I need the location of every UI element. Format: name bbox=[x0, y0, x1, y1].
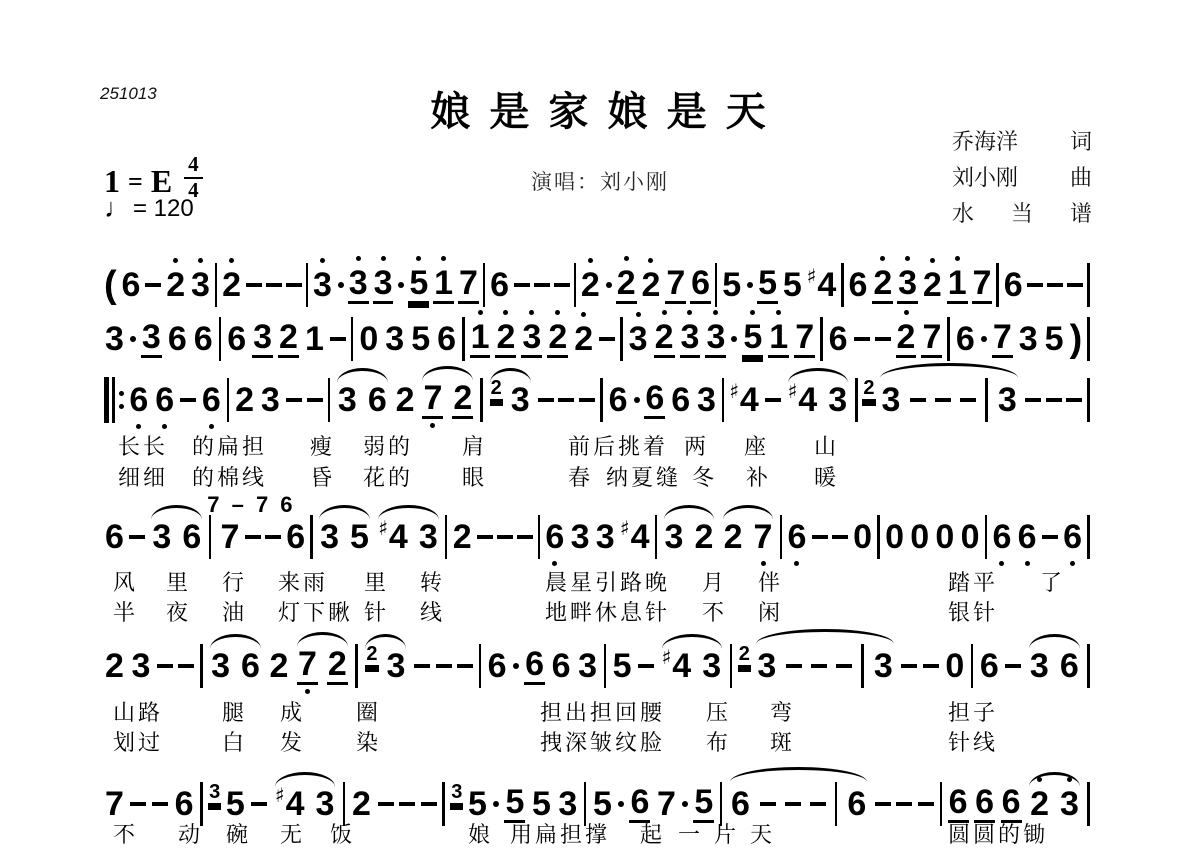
notation-line-3: 6662336272236663♯4♯43233 bbox=[104, 377, 1090, 423]
note-digit: 2 bbox=[278, 320, 299, 358]
note: 7 bbox=[665, 266, 686, 304]
note-digit: 2 bbox=[573, 322, 594, 356]
note: 5 bbox=[467, 787, 499, 821]
octave-dot-above bbox=[776, 310, 781, 315]
note-digit: 6 bbox=[1062, 520, 1083, 554]
note: 5 bbox=[592, 787, 624, 821]
note: 2 bbox=[327, 647, 348, 685]
note-digit: 2 bbox=[641, 268, 662, 302]
note: 6 bbox=[730, 787, 751, 821]
note: 3 bbox=[680, 320, 701, 358]
note: 3 bbox=[1029, 649, 1050, 683]
note: 6 bbox=[828, 322, 849, 356]
note: 2 bbox=[641, 268, 662, 302]
lyric: 座 bbox=[744, 430, 769, 461]
note: 3 bbox=[373, 266, 405, 304]
duration-dash bbox=[875, 802, 891, 806]
augmentation-dot bbox=[618, 801, 624, 807]
note-digit: 2 bbox=[580, 268, 601, 302]
note-digit: 6 bbox=[544, 520, 565, 554]
lyric: 线 bbox=[420, 596, 445, 627]
note: 2 bbox=[104, 649, 125, 683]
note-digit: 6 bbox=[104, 520, 125, 554]
duration-dash bbox=[178, 664, 194, 668]
duration-dash bbox=[810, 802, 826, 806]
barline bbox=[328, 378, 331, 422]
note: 2 bbox=[922, 268, 943, 302]
quarter-note-icon: ♩ bbox=[104, 193, 131, 224]
octave-dot-above bbox=[229, 258, 234, 263]
note: 3 bbox=[315, 787, 336, 821]
note-digit: 6 bbox=[174, 787, 195, 821]
note-digit: 2 bbox=[495, 320, 516, 358]
octave-dot-above bbox=[687, 310, 692, 315]
duration-dash bbox=[786, 664, 802, 668]
note-digit: 6 bbox=[848, 268, 869, 302]
lyric: 天 bbox=[750, 818, 775, 849]
note: 7 bbox=[992, 320, 1013, 358]
note-digit: 5 bbox=[531, 787, 552, 821]
note: 2 bbox=[268, 649, 289, 683]
note-digit: 2 bbox=[922, 268, 943, 302]
note-digit: 2 bbox=[490, 378, 503, 402]
note-digit: 2 bbox=[327, 647, 348, 685]
octave-dot-above bbox=[904, 310, 909, 315]
lyric: 灯下瞅 bbox=[278, 596, 353, 627]
score-page: 251013 娘 是 家 娘 是 天 演唱：刘小刚 乔海洋词刘小刚曲水当谱 1 … bbox=[0, 0, 1200, 850]
lyric: 细细 bbox=[118, 461, 168, 492]
barline bbox=[445, 515, 448, 559]
note: 6 bbox=[1003, 268, 1024, 302]
barline bbox=[1087, 263, 1090, 307]
lyric: 暖 bbox=[814, 461, 839, 492]
octave-dot-above bbox=[320, 258, 325, 263]
lyric: 花的 bbox=[363, 461, 413, 492]
lyric: 闲 bbox=[758, 596, 783, 627]
note: 3 bbox=[510, 383, 531, 417]
note: 3 bbox=[705, 320, 737, 358]
key-signature: 1 = E 4 4 bbox=[104, 150, 203, 197]
note-digit: 7 bbox=[972, 266, 993, 304]
duration-dash bbox=[265, 535, 281, 539]
note-digit: 3 bbox=[595, 520, 616, 554]
duration-dash bbox=[251, 802, 267, 806]
note-digit: 5 bbox=[408, 266, 429, 304]
lyric: 山路 bbox=[113, 696, 163, 727]
note: 2 bbox=[580, 268, 612, 302]
note: 2 bbox=[490, 378, 503, 402]
note: 3 bbox=[997, 383, 1018, 417]
note-digit: 6 bbox=[524, 647, 545, 685]
duration-dash bbox=[901, 664, 917, 668]
duration-dash bbox=[414, 664, 430, 668]
note: 3 bbox=[130, 649, 151, 683]
note: 5 bbox=[225, 787, 246, 821]
note: 7 bbox=[921, 320, 942, 358]
note-digit: 6 bbox=[1003, 268, 1024, 302]
duration-dash bbox=[534, 283, 550, 287]
barline bbox=[780, 515, 783, 559]
note: 2 bbox=[452, 381, 473, 419]
note: 6 bbox=[1017, 520, 1038, 554]
slur-arc: 23 bbox=[1027, 787, 1082, 821]
note-digit: 3 bbox=[756, 649, 777, 683]
octave-dot-above bbox=[416, 256, 421, 261]
octave-dot-above bbox=[1037, 777, 1042, 782]
notation-line-1: (6232333517622276555♯46232176 bbox=[104, 262, 1090, 308]
credit-text: 曲 bbox=[1070, 160, 1092, 196]
note-digit: 3 bbox=[348, 266, 369, 304]
lyric: 眼 bbox=[462, 461, 487, 492]
note-digit: 4 bbox=[739, 383, 760, 417]
note-digit: 7 bbox=[921, 320, 942, 358]
duration-dash bbox=[330, 337, 346, 341]
note: 3 bbox=[570, 520, 591, 554]
note: 3 bbox=[557, 787, 578, 821]
lyric: 片 bbox=[714, 818, 739, 849]
note: 3 bbox=[208, 782, 221, 806]
note-digit: 2 bbox=[616, 266, 637, 304]
note: 1 bbox=[470, 320, 491, 358]
note-digit: 3 bbox=[418, 520, 439, 554]
note-digit: 6 bbox=[487, 649, 508, 683]
lyric: 前后挑着 bbox=[568, 430, 668, 461]
lyric: 斑 bbox=[770, 726, 795, 757]
note: 2 bbox=[896, 320, 917, 358]
barline bbox=[877, 515, 880, 559]
note: 6 bbox=[436, 322, 457, 356]
note: 7 bbox=[656, 787, 688, 821]
duration-dash bbox=[638, 664, 654, 668]
note: 2 bbox=[573, 322, 594, 356]
note-digit: 6 bbox=[436, 322, 457, 356]
duration-dash bbox=[517, 535, 533, 539]
note-digit: 3 bbox=[827, 383, 848, 417]
duration-dash bbox=[836, 664, 852, 668]
barline bbox=[1087, 378, 1090, 422]
note: 2 bbox=[862, 378, 875, 402]
slur-arc: ♯43 bbox=[273, 787, 338, 821]
duration-dash bbox=[875, 337, 891, 341]
duration-dash bbox=[129, 535, 145, 539]
note: 7 bbox=[297, 647, 318, 685]
lyric: 里 bbox=[364, 566, 389, 597]
barline bbox=[351, 317, 354, 361]
note: 6 bbox=[489, 268, 510, 302]
tempo-value: = 120 bbox=[133, 195, 194, 223]
note: 5 bbox=[531, 787, 552, 821]
note-digit: 7 bbox=[992, 320, 1013, 358]
note-digit: 1 bbox=[470, 320, 491, 358]
barline bbox=[835, 782, 838, 826]
note: 3 bbox=[141, 320, 162, 358]
barline bbox=[483, 263, 486, 307]
note: 6 bbox=[201, 383, 222, 417]
note-digit: 6 bbox=[786, 520, 807, 554]
duration-dash bbox=[760, 802, 776, 806]
note: 6 bbox=[551, 649, 572, 683]
lyric: 两 bbox=[684, 430, 709, 461]
note: 2 bbox=[693, 520, 714, 554]
note-digit: 3 bbox=[696, 383, 717, 417]
lyric: 里 bbox=[166, 566, 191, 597]
note-digit: 3 bbox=[510, 383, 531, 417]
note: 6 bbox=[644, 381, 665, 419]
note: 1 bbox=[304, 322, 325, 356]
credit-text: 谱 bbox=[1070, 196, 1092, 232]
slur-arc: 36 bbox=[208, 649, 263, 683]
octave-dot-above bbox=[441, 256, 446, 261]
note-digit: 3 bbox=[208, 782, 221, 806]
lyric: 动 bbox=[178, 818, 203, 849]
octave-dot-below bbox=[162, 424, 167, 429]
duration-dash bbox=[246, 283, 262, 287]
note: 2 bbox=[616, 266, 637, 304]
slur-arc: 23 bbox=[363, 649, 408, 683]
octave-dot-above bbox=[713, 310, 718, 315]
note-digit: 3 bbox=[384, 322, 405, 356]
note-digit: 3 bbox=[705, 320, 726, 358]
note-digit: 3 bbox=[319, 520, 340, 554]
lyric: 夜 bbox=[166, 596, 191, 627]
octave-dot-below bbox=[999, 561, 1004, 566]
note: ♯4 bbox=[788, 383, 819, 417]
slur-arc: 27 bbox=[721, 520, 776, 554]
note: 1 bbox=[768, 320, 789, 358]
note: 6 bbox=[1059, 649, 1080, 683]
note-digit: 3 bbox=[577, 649, 598, 683]
note-digit: 1 bbox=[433, 266, 454, 304]
barline bbox=[200, 644, 203, 688]
sharp-icon: ♯ bbox=[729, 379, 739, 403]
octave-dot-above bbox=[478, 310, 483, 315]
slur-arc: ♯43 bbox=[660, 649, 725, 683]
barline bbox=[985, 378, 988, 422]
note-digit: 2 bbox=[896, 320, 917, 358]
note-digit: 3 bbox=[873, 649, 894, 683]
duration-dash bbox=[579, 398, 595, 402]
note-digit: 2 bbox=[738, 644, 751, 668]
barline bbox=[355, 644, 358, 688]
duration-dash bbox=[1067, 283, 1083, 287]
augmentation-dot bbox=[606, 282, 612, 288]
lyric: 油 bbox=[222, 596, 247, 627]
note-digit: 6 bbox=[992, 520, 1013, 554]
note-digit: 6 bbox=[644, 381, 665, 419]
credit-row: 乔海洋词 bbox=[952, 124, 1092, 160]
slur-arc: 36 bbox=[149, 520, 204, 554]
duration-dash bbox=[832, 535, 848, 539]
barline bbox=[574, 263, 577, 307]
lyric: 风 bbox=[113, 566, 138, 597]
note: 0 bbox=[884, 520, 905, 554]
note-digit: 6 bbox=[1017, 520, 1038, 554]
duration-dash bbox=[130, 802, 146, 806]
octave-dot-below bbox=[1025, 561, 1030, 566]
note-digit: 6 bbox=[1059, 649, 1080, 683]
lyric: 一 bbox=[678, 818, 703, 849]
note-digit: 7 bbox=[753, 520, 774, 554]
lyric: 晨星引路晚 bbox=[545, 566, 670, 597]
octave-dot-above bbox=[173, 258, 178, 263]
note: 2 bbox=[547, 320, 568, 358]
note: 6 bbox=[367, 383, 388, 417]
duration-dash bbox=[923, 664, 939, 668]
note: ♯4 bbox=[807, 268, 838, 302]
note-digit: 7 bbox=[665, 266, 686, 304]
barline bbox=[971, 644, 974, 688]
note: 3 bbox=[756, 649, 777, 683]
repeat-sign bbox=[104, 377, 124, 423]
octave-dot-above bbox=[750, 310, 755, 315]
note-digit: 3 bbox=[312, 268, 333, 302]
duration-dash bbox=[514, 283, 530, 287]
note-digit: 6 bbox=[955, 322, 976, 356]
note-digit: 6 bbox=[670, 383, 691, 417]
note-digit: 6 bbox=[193, 322, 214, 356]
sharp-icon: ♯ bbox=[620, 516, 630, 540]
note-digit: 6 bbox=[167, 322, 188, 356]
note-digit: 7 bbox=[656, 787, 677, 821]
note: 6 bbox=[487, 649, 519, 683]
note: 6 bbox=[181, 520, 202, 554]
credit-text: 水 bbox=[952, 196, 974, 232]
note: 5 bbox=[410, 322, 431, 356]
slur-arc: 32 bbox=[662, 520, 717, 554]
slur-arc: 36 bbox=[1027, 649, 1082, 683]
note-digit: 2 bbox=[862, 378, 875, 402]
slur-arc: 33 bbox=[754, 644, 895, 688]
note-digit: 6 bbox=[128, 383, 149, 417]
octave-dot-above bbox=[662, 310, 667, 315]
ossia-notes: 7 – 7 6 bbox=[207, 492, 295, 518]
note: 3 bbox=[628, 322, 649, 356]
lyric: 行 bbox=[222, 566, 247, 597]
note-digit: 7 bbox=[297, 647, 318, 685]
note: 3 bbox=[577, 649, 598, 683]
note: 3 bbox=[260, 383, 281, 417]
octave-dot-above bbox=[1067, 777, 1072, 782]
barline bbox=[655, 515, 658, 559]
note-digit: 6 bbox=[690, 266, 711, 304]
note: 3 bbox=[337, 383, 358, 417]
note: 5 bbox=[782, 268, 803, 302]
note-digit: 3 bbox=[210, 649, 231, 683]
note-digit: 2 bbox=[1029, 787, 1050, 821]
barline bbox=[600, 378, 603, 422]
duration-dash bbox=[399, 802, 415, 806]
octave-dot-above bbox=[648, 258, 653, 263]
duration-dash bbox=[1027, 283, 1043, 287]
augmentation-dot bbox=[493, 801, 499, 807]
tempo-marking: ♩ = 120 bbox=[104, 193, 194, 224]
note-digit: 2 bbox=[654, 320, 675, 358]
note: 3 bbox=[664, 520, 685, 554]
note: ♯4 bbox=[378, 520, 409, 554]
notation-line-5: 23362722366635♯432330636 bbox=[104, 643, 1090, 689]
credit-text: 乔海洋 bbox=[952, 124, 1018, 160]
augmentation-dot bbox=[130, 336, 136, 342]
note-digit: 7 bbox=[104, 787, 125, 821]
note-digit: 4 bbox=[285, 787, 306, 821]
note: 6 bbox=[786, 520, 807, 554]
barline bbox=[479, 644, 482, 688]
note-digit: 3 bbox=[628, 322, 649, 356]
lyric: 伴 bbox=[758, 566, 783, 597]
lyric: 担出担回腰 bbox=[540, 696, 665, 727]
note: 2 bbox=[365, 644, 378, 668]
note: 7 bbox=[220, 520, 241, 554]
note-digit: 6 bbox=[551, 649, 572, 683]
note-digit: 3 bbox=[664, 520, 685, 554]
note: 3 bbox=[348, 266, 369, 304]
octave-dot-below bbox=[1070, 561, 1075, 566]
lyric: 不 bbox=[702, 596, 727, 627]
note-digit: 6 bbox=[730, 787, 751, 821]
note-digit: 6 bbox=[367, 383, 388, 417]
note: 6 bbox=[193, 322, 214, 356]
note: 0 bbox=[960, 520, 981, 554]
duration-dash bbox=[1042, 535, 1058, 539]
octave-dot-above bbox=[588, 258, 593, 263]
lyric: 针 bbox=[364, 596, 389, 627]
note-digit: 6 bbox=[979, 649, 1000, 683]
note: 6 bbox=[174, 787, 195, 821]
note: 3 bbox=[252, 320, 273, 358]
note-digit: 3 bbox=[260, 383, 281, 417]
note: 3 bbox=[701, 649, 722, 683]
note: 3 bbox=[696, 383, 717, 417]
octave-dot-above bbox=[880, 256, 885, 261]
note: 1 bbox=[947, 266, 968, 304]
duration-dash bbox=[599, 337, 615, 341]
note-digit: 3 bbox=[252, 320, 273, 358]
note-digit: 1 bbox=[947, 266, 968, 304]
duration-dash bbox=[145, 283, 161, 287]
duration-dash bbox=[286, 283, 302, 287]
repeat-thick-bar bbox=[104, 377, 109, 423]
note-digit: 4 bbox=[797, 383, 818, 417]
note-digit: 2 bbox=[268, 649, 289, 683]
credit-row: 刘小刚曲 bbox=[952, 160, 1092, 196]
lyric: 用扁担撑 bbox=[510, 818, 610, 849]
note: 3 bbox=[104, 322, 136, 356]
note-digit: 3 bbox=[897, 266, 918, 304]
note-digit: 3 bbox=[680, 320, 701, 358]
note: 6 bbox=[154, 383, 175, 417]
duration-dash bbox=[180, 398, 196, 402]
note-digit: 7 bbox=[220, 520, 241, 554]
note-digit: 1 bbox=[304, 322, 325, 356]
lyric: 无 bbox=[280, 818, 305, 849]
octave-dot-below bbox=[209, 424, 214, 429]
note-digit: 0 bbox=[934, 520, 955, 554]
sharp-icon: ♯ bbox=[275, 783, 285, 807]
note-digit: 3 bbox=[880, 383, 901, 417]
barline bbox=[215, 263, 218, 307]
lyric: 担子 bbox=[948, 696, 998, 727]
credit-row: 水当谱 bbox=[952, 196, 1092, 232]
note: 3 bbox=[386, 649, 407, 683]
note: 0 bbox=[358, 322, 379, 356]
note: 2 bbox=[395, 383, 416, 417]
note: 0 bbox=[944, 649, 965, 683]
note-digit: 6 bbox=[489, 268, 510, 302]
note: 2 bbox=[234, 383, 255, 417]
duration-dash bbox=[554, 283, 570, 287]
note: 5 bbox=[612, 649, 633, 683]
sharp-icon: ♯ bbox=[788, 379, 798, 403]
